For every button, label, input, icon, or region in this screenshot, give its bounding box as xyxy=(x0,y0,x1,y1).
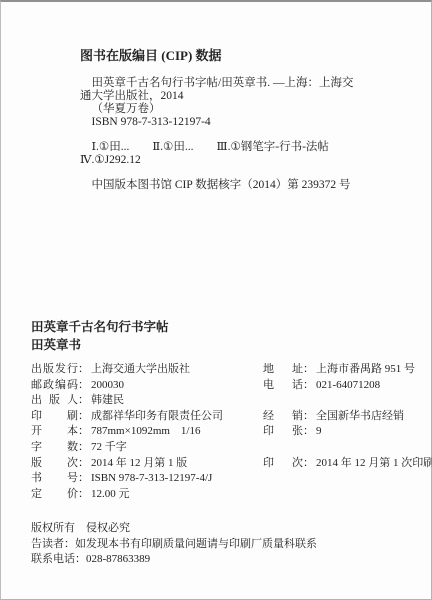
colophon-left-cell: 版次：2014 年 12 月第 1 版 xyxy=(31,456,263,472)
row-label: 版次 xyxy=(31,456,78,472)
colophon-left-cell: 字数：72 千字 xyxy=(31,440,263,456)
row-colon: ： xyxy=(78,440,89,456)
row-colon: ： xyxy=(303,362,314,378)
row-label: 经销 xyxy=(263,409,303,425)
row-value: 2014 年 12 月第 1 次印刷 xyxy=(314,456,432,472)
row-value: 2014 年 12 月第 1 版 xyxy=(89,456,187,472)
row-colon: ： xyxy=(78,393,89,409)
colophon-table: 出版发行：上海交通大学出版社 地址：上海市番禺路 951 号 邮政编码：2000… xyxy=(31,362,421,502)
colophon-row-publisher-person: 出版人：韩建民 xyxy=(31,393,421,409)
colophon-row-wordcount: 字数：72 千字 xyxy=(31,440,421,456)
colophon-row-format: 开本：787mm×1092mm 1/16 印张：9 xyxy=(31,424,421,440)
colophon-right-cell: 地址：上海市番禺路 951 号 xyxy=(263,362,415,378)
cip-classification-line2: Ⅳ.①J292.12 xyxy=(80,154,390,167)
row-label: 出版发行 xyxy=(31,362,78,378)
cip-series: （华夏万卷） xyxy=(80,103,390,116)
colophon-left-cell: 邮政编码：200030 xyxy=(31,378,263,394)
row-colon: ： xyxy=(78,471,89,487)
colophon-row-postcode: 邮政编码：200030 电话：021-64071208 xyxy=(31,378,421,394)
row-label: 印刷 xyxy=(31,409,78,425)
row-value: ISBN 978-7-313-12197-4/J xyxy=(89,471,212,487)
row-colon: ： xyxy=(78,424,89,440)
colophon-row-book-number: 书号：ISBN 978-7-313-12197-4/J xyxy=(31,471,421,487)
colophon-row-publisher: 出版发行：上海交通大学出版社 地址：上海市番禺路 951 号 xyxy=(31,362,421,378)
cip-entry: 田英章千古名句行书字帖/田英章书. —上海：上海交通大学出版社，2014 xyxy=(80,77,362,103)
colophon-row-edition: 版次：2014 年 12 月第 1 版 印次：2014 年 12 月第 1 次印… xyxy=(31,456,421,472)
colophon-right-cell: 印次：2014 年 12 月第 1 次印刷 xyxy=(263,456,432,472)
contact-phone: 联系电话：028-87863389 xyxy=(31,552,317,568)
row-value: 上海市番禺路 951 号 xyxy=(314,362,415,378)
book-heading: 田英章千古名句行书字帖 田英章书 xyxy=(31,318,169,354)
row-label: 印张 xyxy=(263,424,303,440)
colophon-row-price: 定价：12.00 元 xyxy=(31,487,421,503)
cip-classification-line1: Ⅰ.①田... Ⅱ.①田... Ⅲ.①钢笔字-行书-法帖 xyxy=(80,141,390,154)
row-value: 9 xyxy=(314,424,322,440)
row-colon: ： xyxy=(78,456,89,472)
cip-record-number: 中国版本图书馆 CIP 数据核字（2014）第 239372 号 xyxy=(80,179,390,192)
row-label: 邮政编码 xyxy=(31,378,78,394)
cip-section: 图书在版编目 (CIP) 数据 田英章千古名句行书字帖/田英章书. —上海：上海… xyxy=(80,49,390,192)
row-value: 韩建民 xyxy=(89,393,124,409)
footer-notices: 版权所有 侵权必究 告读者：如发现本书有印刷质量问题请与印刷厂质量科联系 联系电… xyxy=(31,521,317,568)
row-label: 定价 xyxy=(31,487,78,503)
row-value: 12.00 元 xyxy=(89,487,130,503)
row-value: 200030 xyxy=(89,378,124,394)
row-colon: ： xyxy=(303,456,314,472)
row-label: 出版人 xyxy=(31,393,78,409)
copyright-page: 图书在版编目 (CIP) 数据 田英章千古名句行书字帖/田英章书. —上海：上海… xyxy=(0,0,432,600)
colophon-left-cell: 出版人：韩建民 xyxy=(31,393,263,409)
reader-notice: 告读者：如发现本书有印刷质量问题请与印刷厂质量科联系 xyxy=(31,537,317,553)
row-colon: ： xyxy=(78,378,89,394)
row-value: 上海交通大学出版社 xyxy=(89,362,190,378)
row-label: 开本 xyxy=(31,424,78,440)
colophon-left-cell: 书号：ISBN 978-7-313-12197-4/J xyxy=(31,471,263,487)
row-value: 787mm×1092mm 1/16 xyxy=(89,424,200,440)
row-value: 021-64071208 xyxy=(314,378,380,394)
row-value: 72 千字 xyxy=(89,440,127,456)
row-label: 书号 xyxy=(31,471,78,487)
row-colon: ： xyxy=(78,409,89,425)
cip-title: 图书在版编目 (CIP) 数据 xyxy=(80,49,390,63)
book-author: 田英章书 xyxy=(31,336,169,354)
row-label: 电话 xyxy=(263,378,303,394)
row-colon: ： xyxy=(78,362,89,378)
colophon-row-printer: 印刷：成都祥华印务有限责任公司 经销：全国新华书店经销 xyxy=(31,409,421,425)
row-value: 成都祥华印务有限责任公司 xyxy=(89,409,223,425)
colophon-left-cell: 定价：12.00 元 xyxy=(31,487,263,503)
cip-isbn: ISBN 978-7-313-12197-4 xyxy=(80,116,390,129)
row-colon: ： xyxy=(303,409,314,425)
row-colon: ： xyxy=(303,378,314,394)
row-value: 全国新华书店经销 xyxy=(314,409,404,425)
row-label: 地址 xyxy=(263,362,303,378)
colophon-right-cell: 经销：全国新华书店经销 xyxy=(263,409,404,425)
colophon-left-cell: 印刷：成都祥华印务有限责任公司 xyxy=(31,409,263,425)
book-title: 田英章千古名句行书字帖 xyxy=(31,318,169,336)
row-colon: ： xyxy=(303,424,314,440)
row-colon: ： xyxy=(78,487,89,503)
row-label: 印次 xyxy=(263,456,303,472)
row-label: 字数 xyxy=(31,440,78,456)
colophon-left-cell: 出版发行：上海交通大学出版社 xyxy=(31,362,263,378)
colophon-left-cell: 开本：787mm×1092mm 1/16 xyxy=(31,424,263,440)
colophon-right-cell: 印张：9 xyxy=(263,424,322,440)
colophon-right-cell: 电话：021-64071208 xyxy=(263,378,380,394)
copyright-notice: 版权所有 侵权必究 xyxy=(31,521,317,537)
